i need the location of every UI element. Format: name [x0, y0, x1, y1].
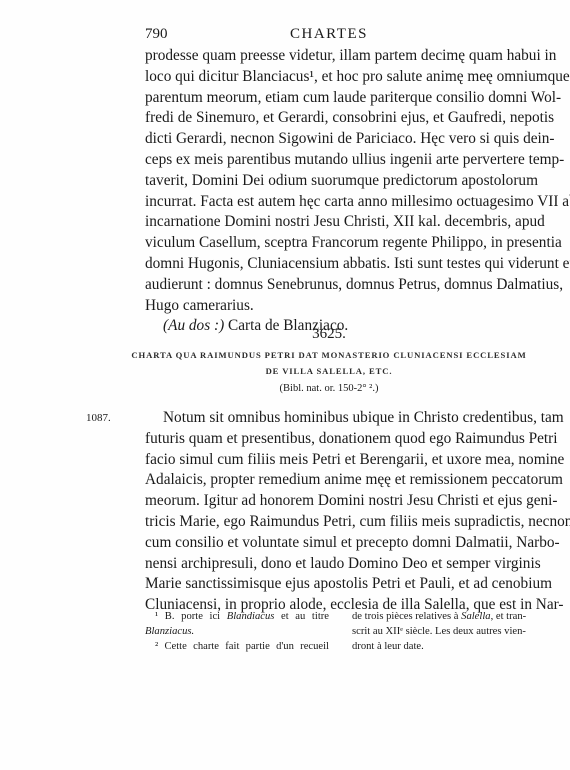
text-line: prodesse quam preesse videtur, illam par…	[145, 46, 513, 67]
text-line: incurrat. Facta est autem hęc carta anno…	[145, 192, 513, 213]
text-line: incarnatione Domini nostri Jesu Christi,…	[145, 212, 513, 233]
text-line: tricis Marie, ego Raimundus Petri, cum f…	[145, 512, 513, 533]
footnote-text: de trois pièces relatives à	[352, 611, 461, 622]
footnote-1-line: ¹ B. porte ici Blandiacus et au titre	[145, 609, 329, 624]
text-line: audierunt : domnus Senebrunus, domnus Pe…	[145, 275, 513, 296]
text-line: meorum. Igitur ad honorem Domini nostri …	[145, 491, 513, 512]
text-line: dicti Gerardi, necnon Sigowini de Parici…	[145, 129, 513, 150]
footnote-2-continued-line: scrit au XIIᵉ siècle. Les deux autres vi…	[352, 624, 515, 639]
text-line: taverit, Domini Dei odium suorumque pred…	[145, 171, 513, 192]
footnote-text: B. porte ici	[158, 611, 227, 622]
text-line: Hugo camerarius.	[145, 296, 513, 317]
text-line: ceps ex meis parentibus mutando ullius i…	[145, 150, 513, 171]
running-title: CHARTES	[145, 26, 513, 43]
text-line: Adalaicis, propter remedium anime męę et…	[145, 470, 513, 491]
charter-title-line-1: CHARTA QUA RAIMUNDUS PETRI DAT MONASTERI…	[120, 350, 538, 360]
footnote-1-line-2: Blanziacus.	[145, 624, 329, 639]
text-line: facio simul cum filiis meis Petri et Ber…	[145, 450, 513, 471]
charter-source: (Bibl. nat. or. 150-2° ².)	[145, 383, 513, 394]
text-line: domni Hugonis, Cluniacensium abbatis. Is…	[145, 254, 513, 275]
text-line: fredi de Sinemuro, et Gerardi, consobrin…	[145, 108, 513, 129]
footnote-2-line: ² Cette charte fait partie d'un recueil	[145, 639, 329, 654]
text-line: Marie sanctissimisque ejus apostolis Pet…	[145, 574, 513, 595]
text-line: futuris quam et presentibus, donationem …	[145, 429, 513, 450]
text-line: viculum Casellum, sceptra Francorum rege…	[145, 233, 513, 254]
footnote-italic: Blandiacus	[227, 611, 275, 622]
footnote-text: , et tran-	[491, 611, 527, 622]
footnote-2-continued-line: de trois pièces relatives à Salella, et …	[352, 609, 515, 624]
charter-title-line-2: DE VILLA SALELLA, ETC.	[120, 366, 538, 376]
footnote-text: et au titre	[274, 611, 329, 622]
text-line: cum consilio et voluntate simul et prece…	[145, 533, 513, 554]
charter-number: 3625.	[145, 326, 513, 343]
text-line: parentum meorum, etiam cum laude pariter…	[145, 88, 513, 109]
text-line: loco qui dicitur Blanciacus¹, et hoc pro…	[145, 67, 513, 88]
document-page: 790 CHARTES prodesse quam preesse videtu…	[0, 0, 570, 770]
footnote-2-continued-line: dront à leur date.	[352, 639, 515, 654]
continued-charter-text: prodesse quam preesse videtur, illam par…	[145, 46, 513, 337]
margin-date: 1087.	[86, 412, 111, 424]
footnote-italic: Salella	[461, 611, 490, 622]
text-line: nensi archipresuli, dono et laudo Domino…	[145, 554, 513, 575]
text-line: Notum sit omnibus hominibus ubique in Ch…	[145, 408, 513, 429]
page-header: 790 CHARTES	[145, 26, 513, 46]
footnote-text: Cette charte fait partie d'un recueil	[158, 641, 329, 652]
charter-text: Notum sit omnibus hominibus ubique in Ch…	[145, 408, 513, 616]
footnotes-left-column: ¹ B. porte ici Blandiacus et au titre Bl…	[145, 609, 329, 654]
footnotes-right-column: de trois pièces relatives à Salella, et …	[352, 609, 515, 654]
